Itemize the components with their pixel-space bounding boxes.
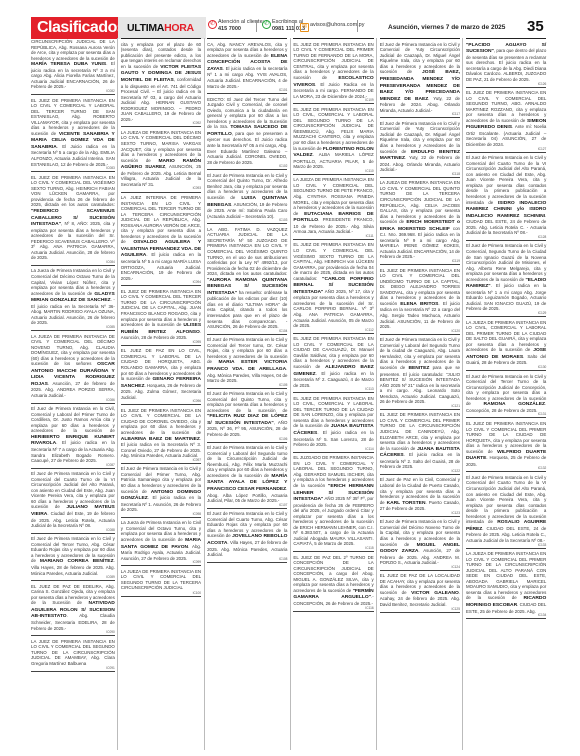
classified-notice: El Juez de Primera Instancia en lo Civil… xyxy=(31,535,115,581)
notice-code: IC096 xyxy=(121,400,201,405)
notice-code: IC103 xyxy=(207,219,287,224)
column-5: El Juez de Primera Instancia en lo Civil… xyxy=(376,38,462,750)
classified-notice: EL JUEZ DE PAZ DE LA LOCALIDAD DE ACAHAY… xyxy=(380,572,460,612)
column-2: cita y emplaza por el plazo de 60 (sesen… xyxy=(117,38,203,750)
phone-icon: ✆ xyxy=(208,20,217,29)
notice-code: IC089 xyxy=(31,576,115,581)
notice-code: IC105 xyxy=(207,384,287,389)
classified-notice: LA JUEZA DE PRIMERA INSTANCIA DE CIVIL Y… xyxy=(31,333,115,404)
notice-text: LA ABG. FATIMA D. VAZQUEZ ACTUARIA JUDIC… xyxy=(207,227,287,276)
mail-icon: ✉ xyxy=(300,23,309,32)
notice-text: LA JUEZ INTERINA DE PRIMERA INSTANCIA EN… xyxy=(121,195,201,244)
notice-text: LA JUEZA DE PRIMERA INSTANCIA EN LO CIVI… xyxy=(466,551,546,600)
classified-notice: El Juez de Primera Instancia en lo Civil… xyxy=(466,373,546,419)
classified-notice: EL JUEZ DE PRIMERA INSTANCIA EN LO CIVIL… xyxy=(293,395,373,453)
deceased-name: RAMONA GONZÁLEZ xyxy=(484,402,546,407)
notice-code: IC127 xyxy=(466,148,546,153)
notice-code: IC121 xyxy=(380,405,460,410)
deceased-name: ALBARINA BAEZ DE MARTINEZ xyxy=(121,437,200,442)
page-header: Clasificados ULTIMAHORA ✆ Atención al cl… xyxy=(0,0,580,40)
column-6: "PLACIDO AGUAYO S/ SUCESION", para que d… xyxy=(462,38,548,750)
notice-code: IC124 xyxy=(380,566,460,571)
classified-notice: EL JUEZ DE PRIMERA INSTANCIA EN LO CIVIL… xyxy=(293,241,373,333)
notice-text: EL JUEZ DE PRIMERA INSTANCIA EN LO CIVIL… xyxy=(121,408,201,435)
classified-notice: EL JUEZ DE PRIMERA INSTANCIA EN LO CIVIL… xyxy=(31,97,115,173)
divider xyxy=(357,20,358,32)
classified-notice: LA JUEZ INTERINA DE PRIMERA INSTANCIA EN… xyxy=(121,194,201,286)
notice-code: IC119 xyxy=(380,260,460,265)
notice-code: IC098 xyxy=(121,513,201,518)
classified-notice: El Juez de Primera Instancia en lo Civil… xyxy=(380,336,460,410)
divider xyxy=(121,38,201,39)
notice-code: IC118 xyxy=(380,173,460,178)
notice-text: EL JUEZ DE PRIMERA INSTANCIA EN LO CIVIL… xyxy=(293,242,373,280)
notice-code: IC091 xyxy=(31,667,115,672)
notice-code: IC126 xyxy=(466,83,546,88)
brand-logo-part1: ULTIMA xyxy=(127,22,164,34)
notice-code: IC085 xyxy=(31,326,115,331)
notice-text: LA JUEZA DE PRIMERA INSTANCIA EN LO CIVI… xyxy=(293,177,373,215)
notice-code: IC117 xyxy=(380,113,460,118)
classified-notice: El Juez de Primera Instancia en lo Civil… xyxy=(207,390,287,442)
divider xyxy=(207,38,287,39)
notice-text: El Juez de Primera Instancia en lo Civil… xyxy=(207,391,287,413)
classified-notice: El Juez de Primera Instancia en lo Civil… xyxy=(31,405,115,469)
classified-notice: La Jueza de Primera Instancia en lo Civi… xyxy=(31,267,115,331)
notice-code: IC090 xyxy=(31,631,115,636)
notice-text: El Juez de Primera Instancia en lo Civil… xyxy=(466,243,546,281)
notice-code: IC086 xyxy=(31,399,115,404)
classified-notice: EL JUEZ DE PRIMERA INSTANCIA EN LO CIVIL… xyxy=(31,174,115,266)
notice-code: IC083 xyxy=(31,167,115,172)
classified-notice: El Juez de Primera Instancia en lo Civil… xyxy=(121,465,201,517)
classified-notice: LA JUEZA DE PRIMERA INSTANCIA EN LO CIVI… xyxy=(293,176,373,240)
classified-notice: EL JUEZ DE PRIMERA INSTANCIA EN LO CIVIL… xyxy=(121,288,201,346)
notice-text: , conformidad a lo dispuesto en el Art. … xyxy=(121,77,201,122)
notice-code: IC128 xyxy=(466,236,546,241)
classified-notice: LA JUEZA DE PRIMERA INSTANCIA EN LO CIVI… xyxy=(466,550,546,619)
notice-code: IC133 xyxy=(466,544,546,549)
classified-notice: El Juez de Primera Instancia en lo Civil… xyxy=(380,120,460,178)
classified-notice: LA JUEZA DE PRIMERA INSTANCIA EN LO CIVI… xyxy=(121,129,201,193)
classified-notice: EL JUEZ DE PRIMERA INSTANCIA EN LO CIVIL… xyxy=(466,89,546,153)
classified-notice: El Juez de Primera Instancia en lo Civil… xyxy=(207,444,287,509)
classified-notice: "PLACIDO AGUAYO S/ SUCESION", para que d… xyxy=(466,41,546,88)
column-1: CIRCUNSCRIPCIÓN JUDICIAL DE LA REPÚBLICA… xyxy=(31,38,117,750)
notice-text: LA JUEZA DE PRIMERA INSTANCIA EN LO CIVI… xyxy=(380,180,460,224)
classified-notice: LA JUEZA DE PRIMERA INSTANCIA EN LO CIVI… xyxy=(121,568,201,597)
classified-notice: EL JUEZ DE PRIMERA INSTANCIA EN LO CIVIL… xyxy=(121,407,201,464)
classified-notice: EL JUEZ DE PRIMERA INSTANCIA EN LO CIVIL… xyxy=(466,420,546,472)
notice-text: ha resuelto: ordénase la publicación de … xyxy=(207,290,287,329)
notice-text: LA JUEZA DE PRIMERA INSTANCIA EN LO CIVI… xyxy=(121,569,201,591)
notice-code: IC109 xyxy=(293,99,373,104)
notice-code: IC104 xyxy=(207,330,287,335)
contact-value: 415 7000 xyxy=(218,26,264,33)
contact-phone: ✆ Atención al cliente: 415 7000 xyxy=(218,19,264,32)
notice-code: IC084 xyxy=(31,261,115,266)
brand-logo: ULTIMAHORA xyxy=(127,22,194,34)
deceased-name: MARIANO CORREA BENÍTEZ xyxy=(40,559,114,564)
classified-notice: EL JUEZ DE PRIMERA INSTANCIA EN LO CIVIL… xyxy=(380,267,460,335)
deceased-name: KARL TORSTEN xyxy=(387,501,426,506)
notice-code: IC107 xyxy=(207,504,287,509)
notice-code: IC097 xyxy=(121,459,201,464)
notice-code: IC095 xyxy=(121,341,201,346)
classified-notice: EL JUEZ DE PRIMERA INSTANCIA EN LO CIVIL… xyxy=(293,41,373,105)
page-number: 35 xyxy=(527,18,544,35)
notice-code: IC116 xyxy=(293,607,373,612)
notice-code: IC129 xyxy=(466,312,546,317)
notice-code: IC115 xyxy=(293,547,373,552)
classified-notice: El Juez de Primera Instancia en lo Civil… xyxy=(466,154,546,241)
deceased-name: ELENA BRITOS xyxy=(400,302,438,307)
notice-code: IC087 xyxy=(31,464,115,469)
classified-notice: El Juez de Primera Instancia en lo Civil… xyxy=(207,510,287,562)
notice-text: EL JUEZ DE PRIMERA INSTANCIA EN LO CIVIL… xyxy=(293,107,373,151)
notice-code: IC094 xyxy=(121,281,201,286)
contact-label: Atención al cliente: xyxy=(218,19,264,26)
notice-code: IC093 xyxy=(121,187,201,192)
column-3: CA, Abg. NANCY AREVALOS, cita y emplaza … xyxy=(204,38,290,750)
classified-notice: CIRCUNSCRIPCIÓN JUDICIAL DE LA REPÚBLICA… xyxy=(31,38,115,95)
divider xyxy=(294,20,295,32)
deceased-name: MARÍA TERESA DUBA YUNIS xyxy=(31,62,106,67)
classified-notice: EL JUEZ DE PRIMERA INSTANCIA EN LO CIVIL… xyxy=(380,411,460,475)
notice-code: IC134 xyxy=(466,614,546,619)
deceased-name: BENITEZ xyxy=(408,366,429,371)
notice-code: IC101 xyxy=(207,89,287,94)
classified-notice: EL JUEZ DE PRIMERA INSTANCIA EN LO CIVIL… xyxy=(293,335,373,393)
notice-text: LA JUEZ DE PRIMERA INSTANCIA EN LO CIVIL… xyxy=(31,639,115,666)
classified-notice: El Juez de Primera Instancia en lo Civil… xyxy=(380,518,460,570)
notice-text: El Juez de Primera Instancia en lo Civil… xyxy=(466,155,546,204)
notice-code: IC113 xyxy=(293,388,373,393)
section-title: Clasificados xyxy=(31,17,127,39)
notice-code: IC131 xyxy=(466,413,546,418)
classifieds-columns: CIRCUNSCRIPCIÓN JUDICIAL DE LA REPÚBLICA… xyxy=(31,38,549,750)
notice-code: IC106 xyxy=(207,438,287,443)
deceased-name: MARIA ESTER VICTORIA FRANCO VDA. DE AREL… xyxy=(207,360,287,372)
notice-text: EL JUEZ DE PRIMERA INSTANCIA EN LO CIVIL… xyxy=(293,42,373,80)
classified-notice: LA JUEZ DE PRIMERA INSTANCIA EN LO CIVIL… xyxy=(31,638,115,673)
classified-notice: EL JUEZ DE PAZ DEL 2º TURNO DE CONCEPCIÓ… xyxy=(293,554,373,612)
classified-notice: LA JUEZA DE PRIMERA INSTANCIA EN LO CIVI… xyxy=(466,319,546,371)
notice-text: EL JUEZ DE PRIMERA INSTANCIA EN LO CIVIL… xyxy=(380,412,460,450)
notice-code: IC123 xyxy=(380,512,460,517)
notice-code: IC114 xyxy=(293,448,373,453)
classified-notice: EL JUZGADO DE PRIMERA INSTANCIA EN LO CI… xyxy=(293,454,373,552)
notice-text: AÑO 2025, Nº 17, cita y emplaza por sese… xyxy=(293,289,373,328)
column-4: EL JUEZ DE PRIMERA INSTANCIA EN LO CIVIL… xyxy=(290,38,376,750)
divider xyxy=(380,38,460,39)
notice-text: para que se presenten. El juicio caratul… xyxy=(380,365,460,404)
notice-text: EL JUEZ DE PAZ DEL 2º TURNO DE CONCEPCIÓ… xyxy=(293,555,373,593)
notice-code: IC108 xyxy=(207,558,287,563)
notice-code: IC112 xyxy=(293,329,373,334)
divider xyxy=(466,38,546,39)
classified-notice: LA ABG. FATIMA D. VAZQUEZ ACTUARIA JUDIC… xyxy=(207,226,287,335)
notice-code: IC092 xyxy=(121,122,201,127)
deceased-name: VICTOR GALEANO xyxy=(411,591,459,596)
notice-text: El Juez de Primera Instancia en lo Civil… xyxy=(466,475,546,524)
notice-code: IC130 xyxy=(466,366,546,371)
classified-notice: EL JUEZ DE PRIMERA INSTANCIA EN LO CIVIL… xyxy=(293,106,373,175)
notice-text: CIRCUNSCRIPCIÓN JUDICIAL DE LA REPÚBLICA… xyxy=(31,39,115,61)
classified-notice: El Juez de Primera Instancia en lo Civil… xyxy=(380,41,460,119)
notice-code: IC100 xyxy=(121,592,201,597)
classified-notice: LA JUEZA DE PRIMERA INSTANCIA EN LO CIVI… xyxy=(380,179,460,265)
classified-notice: El Juez de Primera Instancia en lo Civil… xyxy=(207,336,287,388)
classified-notice: EL JUEZ DE PAZ EN LO CIVIL, COMERCIAL Y … xyxy=(121,347,201,405)
notice-code: IC111 xyxy=(293,235,373,240)
classified-notice: EDICTO: El Juez del Tercer Turno del Juz… xyxy=(207,96,287,171)
notice-text: , Nº 8, AÑO: 2025, cita y emplaza por se… xyxy=(31,221,115,260)
classified-notice: cita y emplaza por el plazo de 60 (sesen… xyxy=(121,41,201,128)
divider xyxy=(256,20,257,32)
notice-code: IC110 xyxy=(293,170,373,175)
classified-notice: El Juez de Paz en lo Civil, Comercial y … xyxy=(380,476,460,516)
notice-code: IC132 xyxy=(466,467,546,472)
notice-text: EL JUEZ DE PRIMERA INSTANCIA EN LO CIVIL… xyxy=(31,98,115,136)
whatsapp-icon: ✆ xyxy=(262,20,271,29)
classified-notice: El Juez de Primera Instancia en lo Civil… xyxy=(466,474,546,549)
notice-text: El Juez de Primera Instancia en lo Civil… xyxy=(31,406,115,433)
brand-logo-part2: HORA xyxy=(164,22,194,34)
notice-code: IC082 xyxy=(31,90,115,95)
notice-text: EL JUEZ DE PRIMERA INSTANCIA EN LO CIVIL… xyxy=(121,289,201,327)
classified-notice: El Juez de Primera Instancia en lo Civil… xyxy=(31,470,115,534)
classified-notice: CA, Abg. NANCY AREVALOS, cita y emplaza … xyxy=(207,41,287,94)
classified-notice: El Juez de Primera Instancia en lo Civil… xyxy=(207,172,287,224)
divider xyxy=(293,38,373,39)
notice-text: EL JUEZ DE PRIMERA INSTANCIA EN LO CIVIL… xyxy=(31,175,115,208)
classified-notice: EL JUEZ DE PAZ DE EDELIRA, Abg. Carina S… xyxy=(31,583,115,636)
notice-code: IC088 xyxy=(31,529,115,534)
notice-code: IC102 xyxy=(207,165,287,170)
notice-code: IC099 xyxy=(121,561,201,566)
classified-notice: La Jueza de Primera Instancia en lo Civi… xyxy=(121,519,201,566)
issue-date: Asunción, viernes 7 de marzo de 2025 xyxy=(388,24,505,31)
notice-text: AÑO 2025 Nº 35º Fº, por providencia de f… xyxy=(293,496,373,546)
notice-code: IC125 xyxy=(380,608,460,613)
notice-text: El Juez de Primera Instancia en lo Civil… xyxy=(31,471,115,509)
notice-code: IC122 xyxy=(380,470,460,475)
classified-notice: El Juez de Primera Instancia en lo Civil… xyxy=(466,242,546,317)
notice-code: IC120 xyxy=(380,330,460,335)
